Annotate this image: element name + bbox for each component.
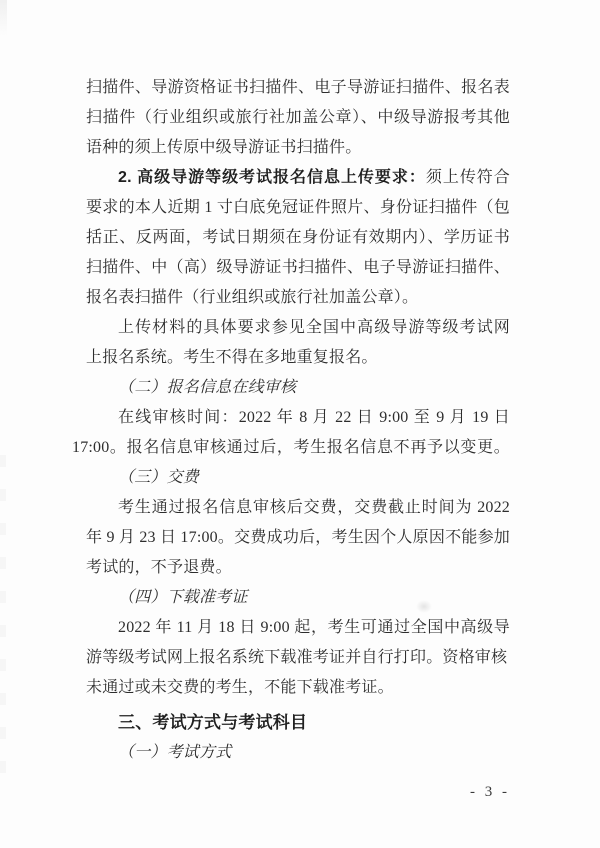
subsection-heading: （三）交费	[86, 463, 510, 493]
body-line: 要求的本人近期 1 寸白底免冠证件照片、身份证扫描件（包	[86, 193, 510, 223]
body-line: 考生通过报名信息审核后交费，交费截止时间为 2022	[86, 493, 510, 523]
page-number: - 3 -	[470, 784, 510, 801]
body-line: 2022 年 11 月 18 日 9:00 起，考生可通过全国中高级导	[86, 613, 510, 643]
item-heading-rest-text: 须上传符合	[426, 169, 510, 186]
subsection-heading: （二）报名信息在线审核	[86, 373, 510, 403]
body-line: 未通过或未交费的考生，不能下载准考证。	[86, 673, 510, 703]
item-heading-line: 2. 高级导游等级考试报名信息上传要求：须上传符合	[86, 163, 510, 193]
body-line: 上报名系统。考生不得在多地重复报名。	[86, 343, 510, 373]
item-heading-bold-text: 2. 高级导游等级考试报名信息上传要求：	[118, 169, 426, 186]
body-line: 17:00。报名信息审核通过后，考生报名信息不再予以变更。	[72, 433, 510, 463]
body-line: 在线审核时间：2022 年 8 月 22 日 9:00 至 9 月 19 日	[86, 403, 510, 433]
body-line: 报名表扫描件（行业组织或旅行社加盖公章）。	[86, 283, 510, 313]
subsection-heading: （四）下载准考证	[86, 583, 510, 613]
document-body: 扫描件、导游资格证书扫描件、电子导游证扫描件、报名表 扫描件（行业组织或旅行社加…	[86, 73, 510, 768]
body-line: 年 9 月 23 日 17:00。交费成功后，考生因个人原因不能参加	[86, 523, 510, 553]
body-line: 扫描件（行业组织或旅行社加盖公章）、中级导游报考其他	[86, 103, 510, 133]
scan-artifact-left-edge	[0, 455, 6, 795]
body-line: 考试的，不予退费。	[86, 553, 510, 583]
body-line: 语种的须上传原中级导游证书扫描件。	[86, 133, 510, 163]
body-line: 扫描件、导游资格证书扫描件、电子导游证扫描件、报名表	[86, 73, 510, 103]
body-line: 扫描件、中（高）级导游证书扫描件、电子导游证扫描件、	[86, 253, 510, 283]
subsection-heading: （一）考试方式	[86, 738, 510, 768]
body-line: 上传材料的具体要求参见全国中高级导游等级考试网	[86, 313, 510, 343]
scan-artifact-corner	[0, 0, 7, 36]
body-line: 游等级考试网上报名系统下载准考证并自行打印。资格审核	[86, 643, 510, 673]
section-heading: 三、考试方式与考试科目	[86, 708, 510, 738]
body-line: 括正、反两面，考试日期须在身份证有效期内）、学历证书	[86, 223, 510, 253]
document-page: 扫描件、导游资格证书扫描件、电子导游证扫描件、报名表 扫描件（行业组织或旅行社加…	[0, 0, 600, 848]
